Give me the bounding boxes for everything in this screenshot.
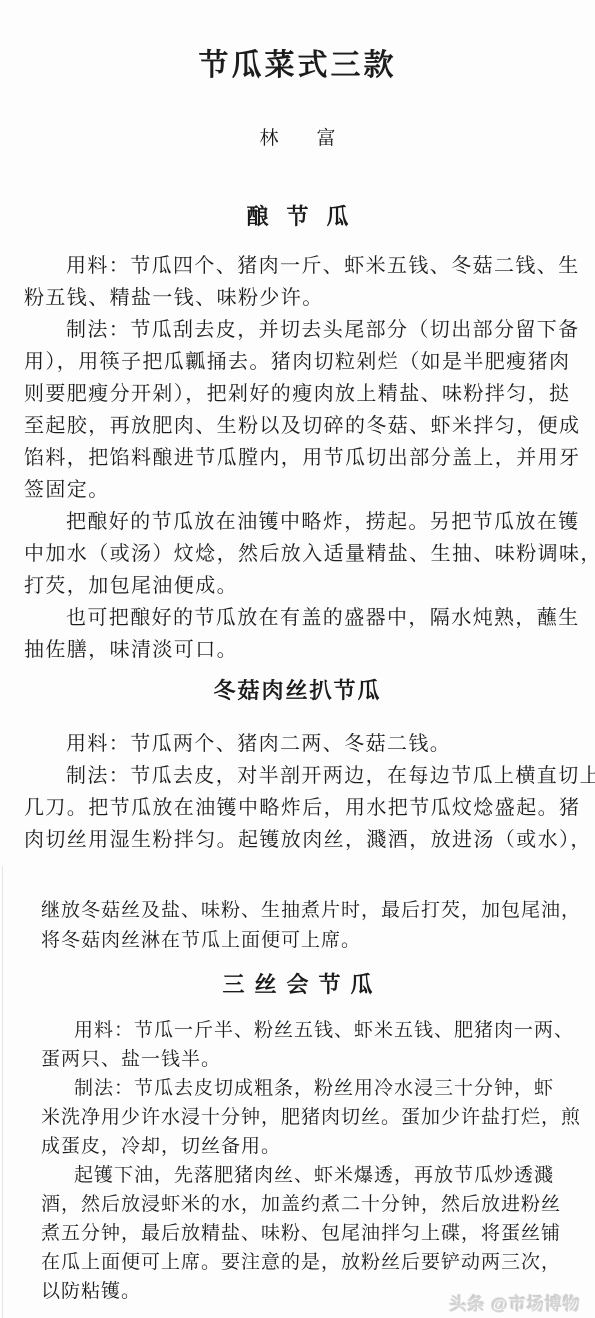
text-line: 在瓜上面便可上席。要注意的是，放粉丝后要铲动两三次， (41, 1248, 581, 1277)
text-line: 米洗净用少许水浸十分钟，肥猪肉切丝。蛋加少许盐打烂，煎 (41, 1103, 581, 1132)
section-2-continuation: 继放冬菇丝及盐、味粉、生抽煮片时，最后打芡，加包尾油， 将冬菇肉丝淋在节瓜上面便… (41, 896, 581, 956)
section-3-body: 用料：节瓜一斤半、粉丝五钱、虾米五钱、肥猪肉一两、 蛋两只、盐一钱半。 制法：节… (41, 1016, 581, 1306)
toutiao-watermark: 头条 @市场博物 (450, 1290, 581, 1315)
text-line: 成蛋皮，冷却，切丝备用。 (41, 1132, 581, 1161)
text-line: 制法：节瓜刮去皮，并切去头尾部分（切出部分留下备 (24, 314, 580, 346)
text-line: 打芡，加包尾油便成。 (24, 570, 580, 602)
text-line: 起镬下油，先落肥猪肉丝、虾米爆透，再放节瓜炒透濺 (41, 1161, 581, 1190)
text-line: 抽佐膳，味清淡可口。 (24, 634, 580, 666)
text-line: 制法：节瓜去皮切成粗条，粉丝用冷水浸三十分钟，虾 (41, 1074, 581, 1103)
author-name: 林 富 (0, 123, 595, 150)
text-line: 继放冬菇丝及盐、味粉、生抽煮片时，最后打芡，加包尾油， (41, 896, 581, 926)
text-line: 馅料，把馅料酿进节瓜膛内，用节瓜切出部分盖上，并用牙 (24, 442, 580, 474)
scanned-page: 节瓜菜式三款 林 富 酿节瓜 用料：节瓜四个、猪肉一斤、虾米五钱、冬菇二钱、生 … (0, 0, 595, 1318)
text-line: 几刀。把节瓜放在油镬中略炸后，用水把节瓜炆焾盛起。猪 (24, 792, 580, 824)
text-line: 用），用筷子把瓜瓤捅去。猪肉切粒剁烂（如是半肥瘦猪肉 (24, 346, 580, 378)
text-line: 签固定。 (24, 474, 580, 506)
text-line: 也可把酿好的节瓜放在有盖的盛器中，隔水炖熟，蘸生 (24, 602, 580, 634)
section-2-body: 用料：节瓜两个、猪肉二两、冬菇二钱。 制法：节瓜去皮，对半剖开两边，在每边节瓜上… (24, 728, 580, 856)
text-line: 粉五钱、精盐一钱、味粉少许。 (24, 282, 580, 314)
text-line: 将冬菇肉丝淋在节瓜上面便可上席。 (41, 926, 581, 956)
text-line: 肉切丝用湿生粉拌匀。起镬放肉丝，濺酒，放进汤（或水）， (24, 824, 580, 856)
text-line: 用料：节瓜四个、猪肉一斤、虾米五钱、冬菇二钱、生 (24, 250, 580, 282)
text-line: 蛋两只、盐一钱半。 (41, 1045, 581, 1074)
text-line: 则要肥瘦分开剁），把剁好的瘦肉放上精盐、味粉拌匀，挞 (24, 378, 580, 410)
page-edge-line (2, 866, 3, 1318)
section-heading-niang-jiegua: 酿节瓜 (0, 200, 595, 231)
text-line: 煮五分钟，最后放精盐、味粉、包尾油拌匀上碟，将蛋丝铺 (41, 1219, 581, 1248)
text-line: 用料：节瓜两个、猪肉二两、冬菇二钱。 (24, 728, 580, 760)
text-line: 制法：节瓜去皮，对半剖开两边，在每边节瓜上横直切上 (24, 760, 580, 792)
section-heading-donggu-rousi: 冬菇肉丝扒节瓜 (0, 674, 595, 705)
text-line: 用料：节瓜一斤半、粉丝五钱、虾米五钱、肥猪肉一两、 (41, 1016, 581, 1045)
text-line: 至起胶，再放肥肉、生粉以及切碎的冬菇、虾米拌匀，便成 (24, 410, 580, 442)
text-line: 酒，然后放浸虾米的水，加盖约煮二十分钟，然后放进粉丝 (41, 1190, 581, 1219)
section-heading-sansi-hui: 三丝会节瓜 (0, 968, 595, 999)
page-title: 节瓜菜式三款 (0, 40, 595, 84)
text-line: 中加水（或汤）炆焾，然后放入适量精盐、生抽、味粉调味， (24, 538, 580, 570)
section-1-body: 用料：节瓜四个、猪肉一斤、虾米五钱、冬菇二钱、生 粉五钱、精盐一钱、味粉少许。 … (24, 250, 580, 666)
text-line: 把酿好的节瓜放在油镬中略炸，捞起。另把节瓜放在镬 (24, 506, 580, 538)
